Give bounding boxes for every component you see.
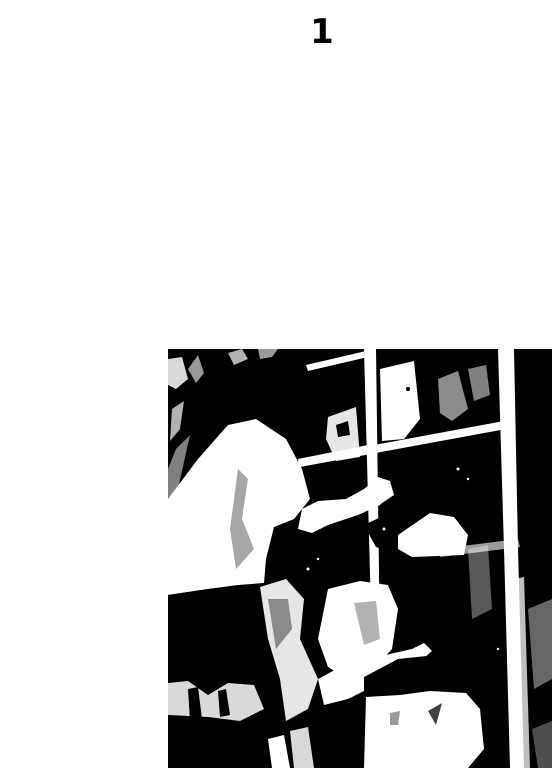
page-number: 1 [300,12,344,52]
playground-photo [168,349,552,768]
photo-illustration [168,349,552,768]
